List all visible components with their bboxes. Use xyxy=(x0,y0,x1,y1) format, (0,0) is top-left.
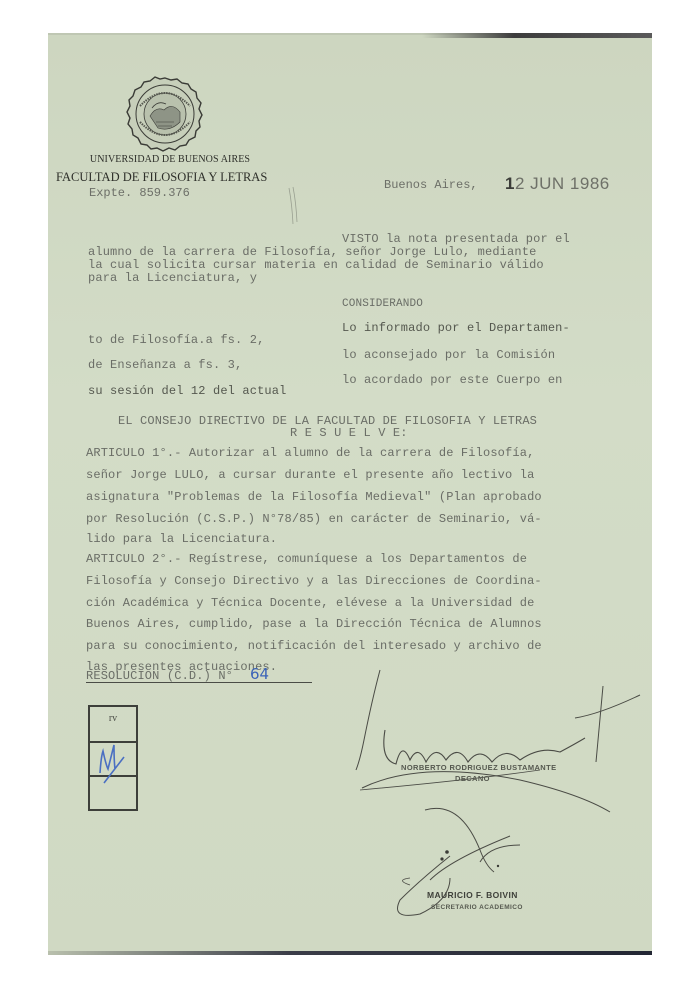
articulo-1-line: ARTICULO 1°.- Autorizar al alumno de la … xyxy=(86,446,534,460)
dean-title: DECANO xyxy=(455,774,490,783)
articulo-1-line: lido para la Licenciatura. xyxy=(86,532,277,546)
articulo-2-line: Filosofía y Consejo Directivo y a las Di… xyxy=(86,574,542,588)
visto-line: para la Licenciatura, y xyxy=(88,271,257,285)
resolucion-number: 64 xyxy=(250,665,269,683)
resuelve-heading: R E S U E L V E: xyxy=(290,426,408,440)
considerando-right-line: lo acordado por este Cuerpo en xyxy=(342,373,563,387)
page-edge-shadow xyxy=(48,951,652,955)
articulo-2-line: para su conocimiento, notificación del i… xyxy=(86,639,542,653)
university-seal-icon xyxy=(126,76,204,152)
pen-mark xyxy=(287,186,299,226)
considerando-left-line: to de Filosofía.a fs. 2, xyxy=(88,333,264,347)
stamp-label: rv xyxy=(90,713,136,724)
date-stamp: 12 JUN 1986 xyxy=(505,174,610,194)
considerando-right-line: Lo informado por el Departamen- xyxy=(342,321,570,335)
visto-line: alumno de la carrera de Filosofía, señor… xyxy=(88,245,536,259)
handwritten-initials-icon xyxy=(94,743,134,787)
expediente-number: Expte. 859.376 xyxy=(89,186,190,200)
secretary-title: SECRETARIO ACADEMICO xyxy=(431,904,523,911)
visto-line: VISTO la nota presentada por el xyxy=(342,232,570,246)
routing-stamp-box: rv xyxy=(88,705,138,811)
university-name: UNIVERSIDAD DE BUENOS AIRES xyxy=(80,154,260,165)
articulo-2-line: ARTICULO 2°.- Regístrese, comuníquese a … xyxy=(86,552,527,566)
secretary-name: MAURICIO F. BOIVIN xyxy=(427,890,518,900)
resolucion-underline xyxy=(86,682,312,683)
faculty-name: FACULTAD DE FILOSOFIA Y LETRAS xyxy=(56,170,296,185)
considerando-left-line: de Enseñanza a fs. 3, xyxy=(88,358,242,372)
articulo-2-line: Buenos Aires, cumplido, pase a la Direcc… xyxy=(86,617,542,631)
articulo-1-line: por Resolución (C.S.P.) N°78/85) en cará… xyxy=(86,512,542,526)
page-edge-shadow xyxy=(422,33,652,38)
visto-line: la cual solicita cursar materia en calid… xyxy=(88,258,544,272)
date-stamp-day-digit: 1 xyxy=(505,174,515,193)
place-label: Buenos Aires, xyxy=(384,178,478,192)
considerando-left-line: su sesión del 12 del actual xyxy=(88,384,286,398)
date-stamp-rest: 2 JUN 1986 xyxy=(515,174,610,193)
articulo-1-line: señor Jorge LULO, a cursar durante el pr… xyxy=(86,468,534,482)
considerando-heading: CONSIDERANDO xyxy=(342,298,423,310)
resolucion-label: RESOLUCION (C.D.) N° xyxy=(86,669,233,683)
considerando-right-line: lo aconsejado por la Comisión xyxy=(342,348,555,362)
articulo-2-line: ción Académica y Técnica Docente, eléves… xyxy=(86,596,534,610)
articulo-1-line: asignatura "Problemas de la Filosofía Me… xyxy=(86,490,542,504)
dean-name: NORBERTO RODRIGUEZ BUSTAMANTE xyxy=(401,763,557,772)
